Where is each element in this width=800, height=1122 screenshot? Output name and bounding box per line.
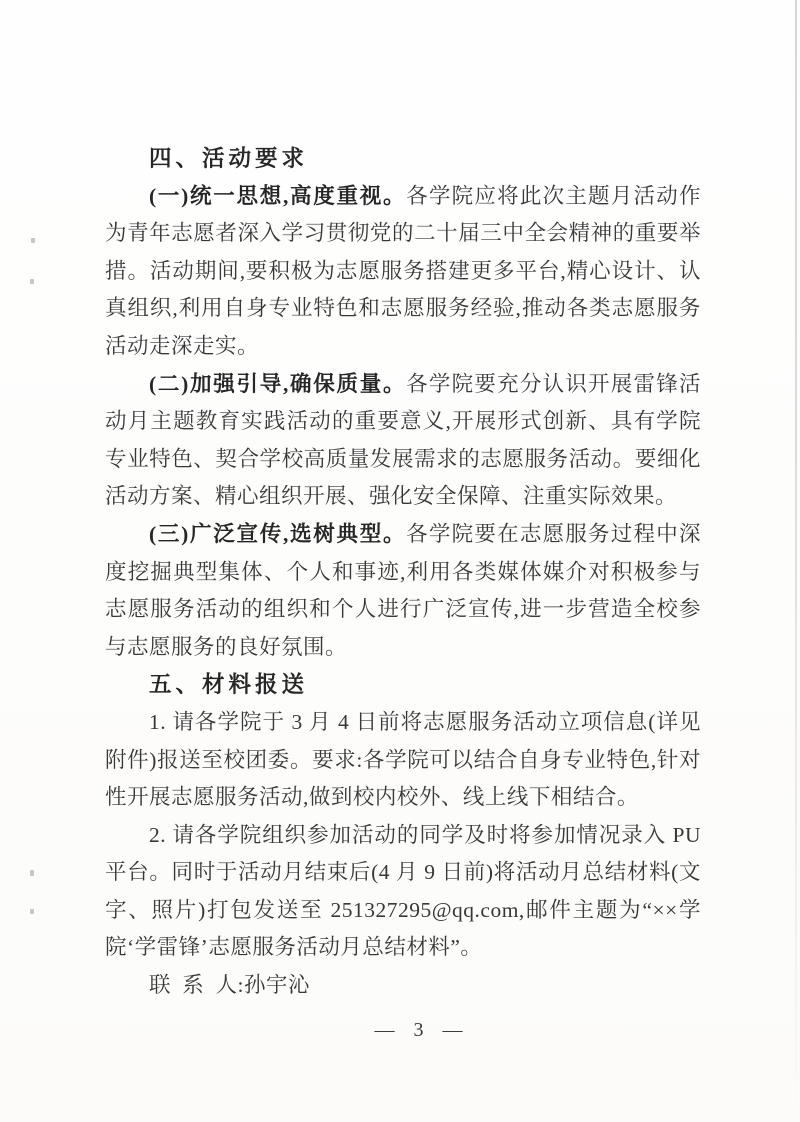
scanned-document: { "document": { "background_color": "#fd… [0, 0, 800, 1122]
document-body: 四、活动要求 (一)统一思想,高度重视。各学院应将此次主题月活动作为青年志愿者深… [105, 140, 701, 1005]
paragraph-lead-2: (二)加强引导,确保质量。 [149, 372, 406, 396]
paragraph-body-1: 各学院应将此次主题月活动作为青年志愿者深入学习贯彻党的二十届三中全会精神的重要举… [105, 184, 701, 358]
page-number: — 3 — [22, 1019, 800, 1042]
section-heading-material-submission: 五、材料报送 [105, 666, 701, 704]
paragraph-lead-1: (一)统一思想,高度重视。 [149, 184, 406, 208]
section-heading-activity-requirements: 四、活动要求 [105, 140, 701, 178]
scan-speck [30, 909, 34, 914]
paragraph-wide-publicity: (三)广泛宣传,选树典型。各学院要在志愿服务过程中深度挖掘典型集体、个人和事迹,… [105, 516, 701, 666]
scan-speck [30, 279, 34, 284]
paragraph-strengthen-guidance: (二)加强引导,确保质量。各学院要充分认识开展雷锋活动月主题教育实践活动的重要意… [105, 366, 701, 516]
document-page: 四、活动要求 (一)统一思想,高度重视。各学院应将此次主题月活动作为青年志愿者深… [0, 0, 800, 1122]
paragraph-material-item-1: 1. 请各学院于 3 月 4 日前将志愿服务活动立项信息(详见附件)报送至校团委… [105, 704, 701, 817]
paragraph-unify-thinking: (一)统一思想,高度重视。各学院应将此次主题月活动作为青年志愿者深入学习贯彻党的… [105, 178, 701, 366]
scan-speck [30, 870, 34, 876]
paragraph-material-item-2: 2. 请各学院组织参加活动的同学及时将参加情况录入 PU 平台。同时于活动月结束… [105, 817, 701, 967]
page-edge-shadow [795, 0, 797, 1122]
scan-speck [31, 238, 35, 243]
contact-person-line: 联 系 人:孙宇沁 [105, 967, 701, 1005]
paragraph-lead-3: (三)广泛宣传,选树典型。 [149, 522, 406, 546]
